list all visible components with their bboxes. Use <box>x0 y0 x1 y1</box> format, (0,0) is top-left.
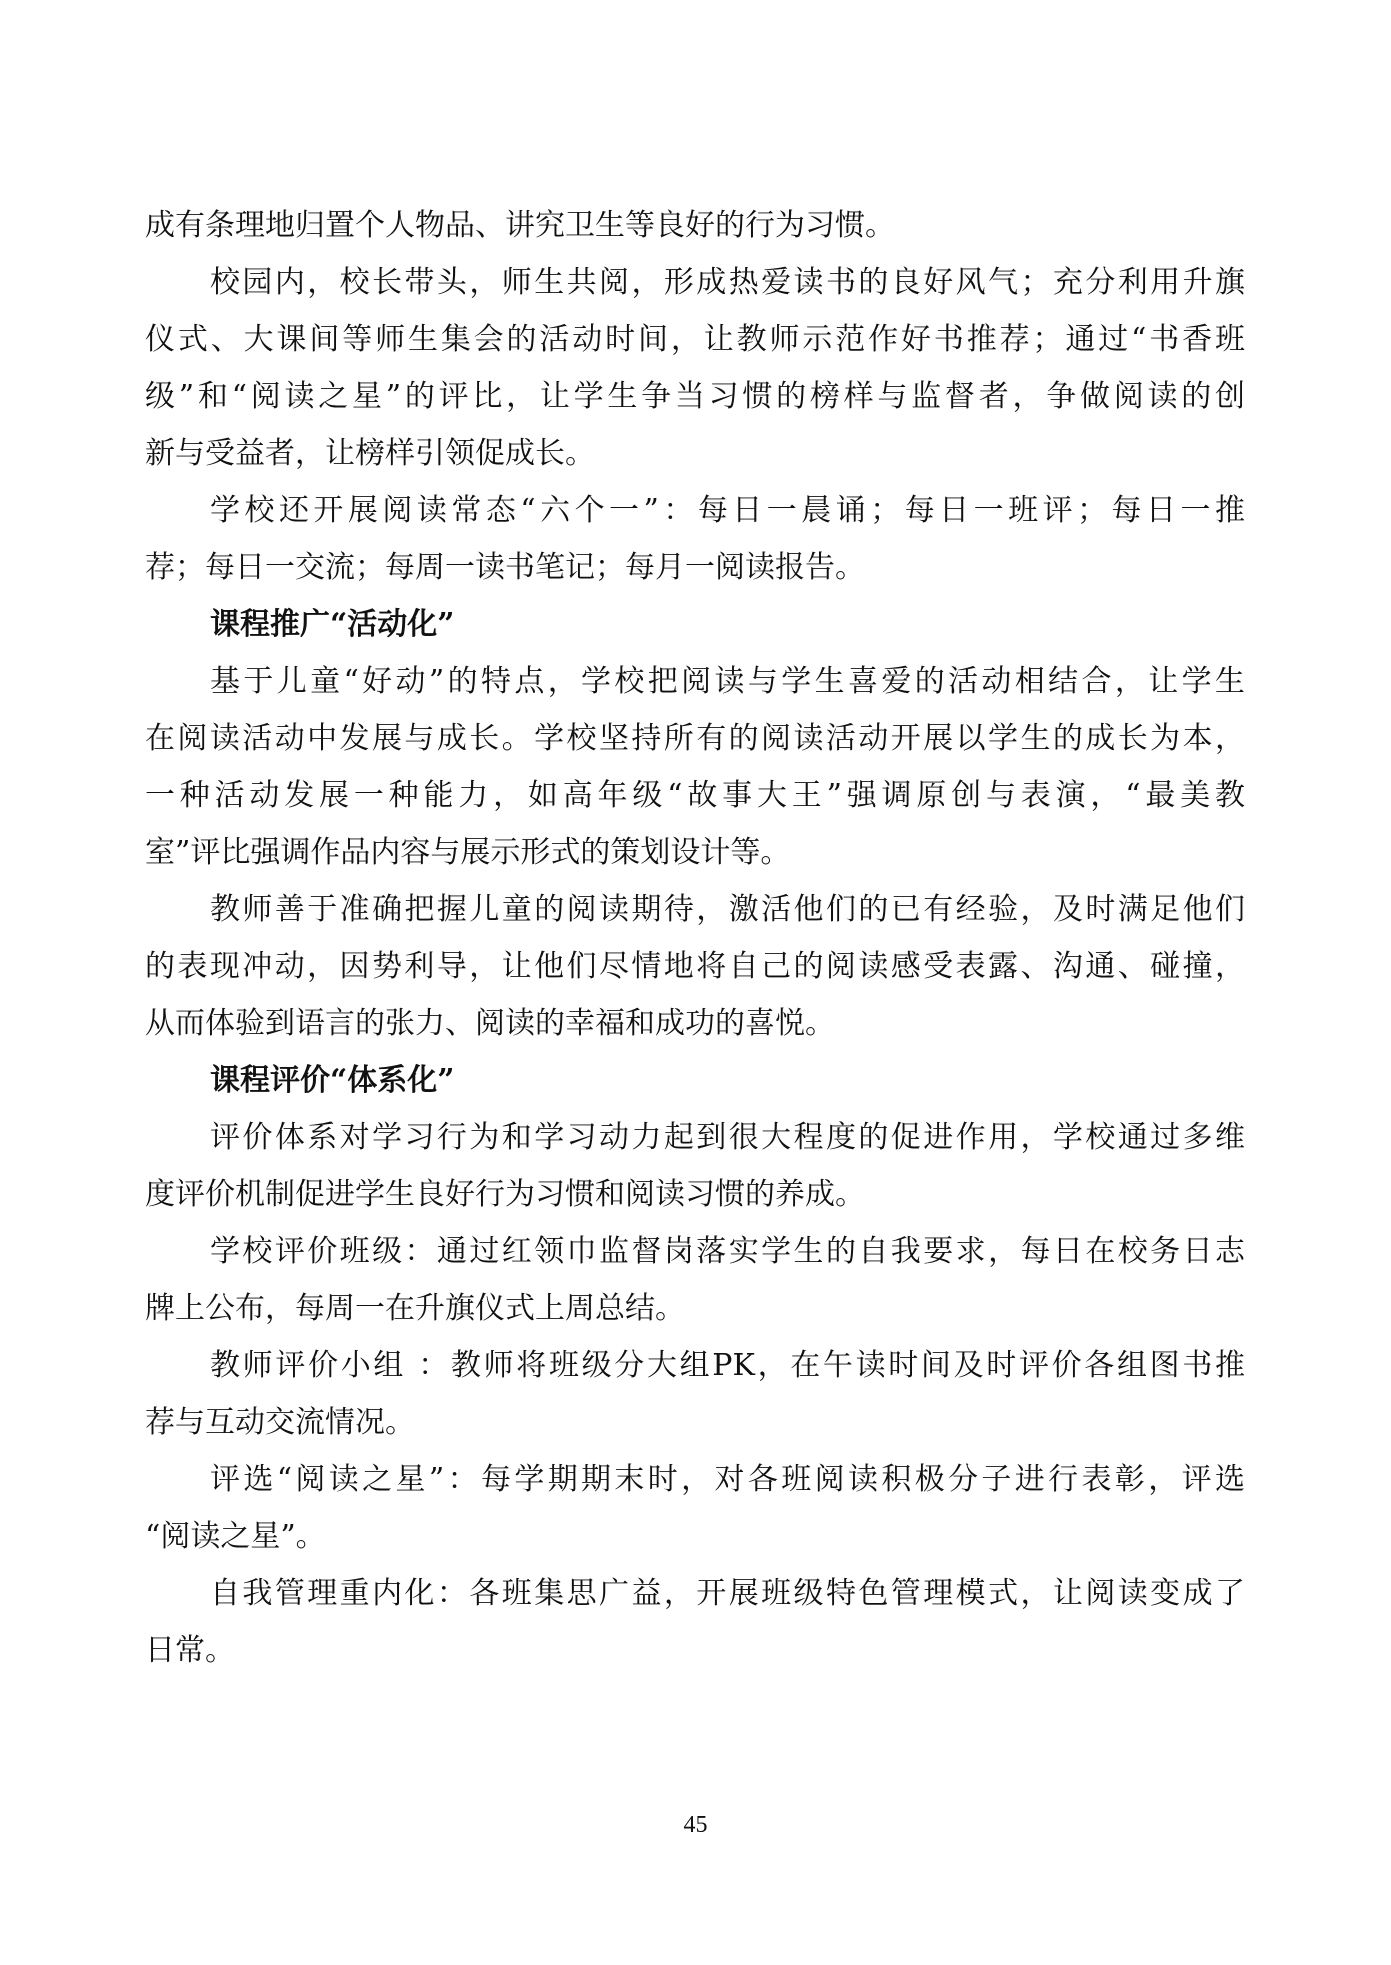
text-line: 荐与互动交流情况。 <box>145 1403 1245 1443</box>
text-line: 牌上公布，每周一在升旗仪式上周总结。 <box>145 1289 1245 1329</box>
text-line: 从而体验到语言的张力、阅读的幸福和成功的喜悦。 <box>145 1004 1245 1044</box>
paragraph-first-line: 评选“阅读之星”：每学期期末时，对各班阅读积极分子进行表彰，评选 <box>210 1460 1245 1500</box>
text-line: 在阅读活动中发展与成长。学校坚持所有的阅读活动开展以学生的成长为本， <box>145 719 1245 759</box>
paragraph-first-line: 学校评价班级：通过红领巾监督岗落实学生的自我要求，每日在校务日志 <box>210 1232 1245 1272</box>
text-line: 的表现冲动，因势利导，让他们尽情地将自己的阅读感受表露、沟通、碰撞， <box>145 947 1245 987</box>
text-line: “阅读之星”。 <box>145 1517 1245 1557</box>
text-line: 级”和“阅读之星”的评比，让学生争当习惯的榜样与监督者，争做阅读的创 <box>145 377 1245 417</box>
section-heading-system: 课程评价“体系化” <box>210 1061 1245 1101</box>
text-line: 一种活动发展一种能力，如高年级“故事大王”强调原创与表演，“最美教 <box>145 776 1245 816</box>
page-number: 45 <box>0 1812 1391 1839</box>
paragraph-first-line: 基于儿童“好动”的特点，学校把阅读与学生喜爱的活动相结合，让学生 <box>210 662 1245 702</box>
section-heading-activity: 课程推广“活动化” <box>210 605 1245 645</box>
paragraph-first-line: 教师善于准确把握儿童的阅读期待，激活他们的已有经验，及时满足他们 <box>210 890 1245 930</box>
paragraph-first-line: 学校还开展阅读常态“六个一”：每日一晨诵；每日一班评；每日一推 <box>210 491 1245 531</box>
text-line: 度评价机制促进学生良好行为习惯和阅读习惯的养成。 <box>145 1175 1245 1215</box>
document-page: 成有条理地归置个人物品、讲究卫生等良好的行为习惯。 校园内，校长带头，师生共阅，… <box>0 0 1391 1965</box>
paragraph-first-line: 自我管理重内化：各班集思广益，开展班级特色管理模式，让阅读变成了 <box>210 1574 1245 1614</box>
text-line: 荐；每日一交流；每周一读书笔记；每月一阅读报告。 <box>145 548 1245 588</box>
paragraph-first-line: 校园内，校长带头，师生共阅，形成热爱读书的良好风气；充分利用升旗 <box>210 263 1245 303</box>
text-line: 仪式、大课间等师生集会的活动时间，让教师示范作好书推荐；通过“书香班 <box>145 320 1245 360</box>
text-line: 日常。 <box>145 1631 1245 1671</box>
paragraph-first-line: 评价体系对学习行为和学习动力起到很大程度的促进作用，学校通过多维 <box>210 1118 1245 1158</box>
text-line: 成有条理地归置个人物品、讲究卫生等良好的行为习惯。 <box>145 206 1245 246</box>
paragraph-first-line: 教师评价小组 ：教师将班级分大组PK，在午读时间及时评价各组图书推 <box>210 1346 1245 1386</box>
text-line: 新与受益者，让榜样引领促成长。 <box>145 434 1245 474</box>
text-line: 室”评比强调作品内容与展示形式的策划设计等。 <box>145 833 1245 873</box>
